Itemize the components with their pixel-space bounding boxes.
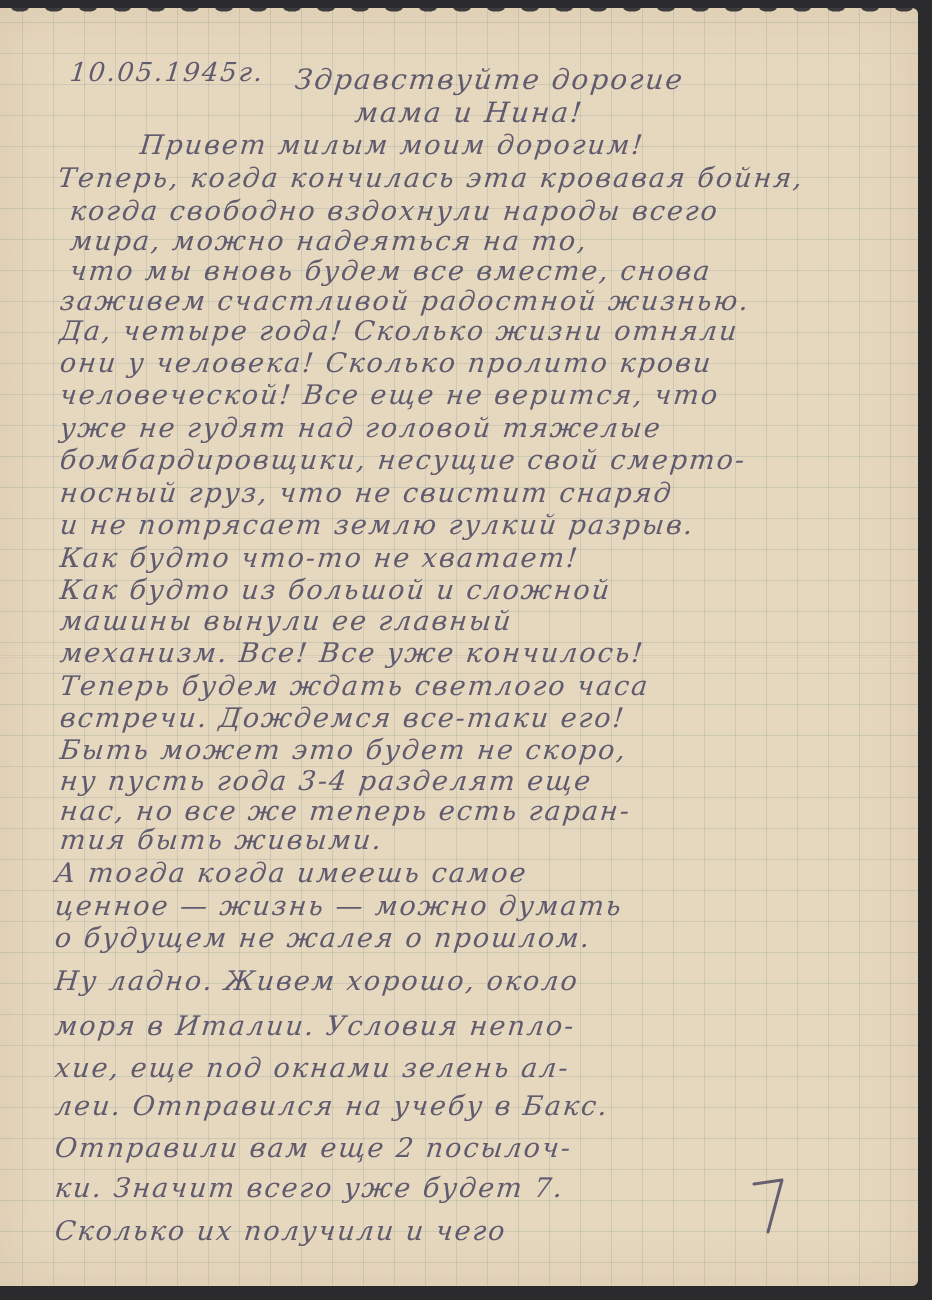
- letter-line: Быть может это будет не скоро,: [58, 735, 628, 766]
- letter-line: Как будто из большой и сложной: [58, 575, 612, 606]
- letter-line: и не потрясает землю гулкий разрыв.: [58, 510, 696, 541]
- letter-line: Да, четыре года! Сколько жизни отняли: [58, 316, 740, 347]
- letter-line: они у человека! Сколько пролито крови: [58, 348, 714, 379]
- letter-line: встречи. Дождемся все-таки его!: [58, 703, 627, 734]
- greeting-line-1: Здравствуйте дорогие: [293, 63, 686, 96]
- letter-line: ценное — жизнь — можно думать: [53, 891, 624, 922]
- letter-line: Теперь, когда кончилась эта кровавая бой…: [56, 163, 805, 194]
- letter-page: 10.05.1945г. Здравствуйте дорогие мама и…: [0, 8, 918, 1286]
- letter-line: нас, но все же теперь есть гаран-: [58, 796, 632, 827]
- letter-line: леи. Отправился на учебу в Бакс.: [53, 1091, 610, 1122]
- letter-line: Отправили вам еще 2 посылоч-: [53, 1133, 573, 1164]
- letter-line: машины вынули ее главный: [58, 606, 514, 637]
- letter-line: бомбардировщики, несущие свой смерто-: [58, 445, 747, 476]
- letter-date: 10.05.1945г.: [68, 58, 265, 88]
- letter-line: Как будто что-то не хватает!: [58, 543, 580, 574]
- letter-line: Теперь будем ждать светлого часа: [58, 671, 651, 702]
- letter-line: что мы вновь будем все вместе, снова: [68, 256, 713, 287]
- letter-line: заживем счастливой радостной жизнью.: [58, 286, 751, 317]
- letter-line: Сколько их получили и чего: [53, 1216, 508, 1247]
- letter-line: мира, можно надеяться на то,: [68, 226, 589, 257]
- letter-line: механизм. Все! Все уже кончилось!: [58, 638, 646, 669]
- letter-line: хие, еще под окнами зелень ал-: [53, 1053, 571, 1084]
- letter-line: когда свободно вздохнули народы всего: [68, 196, 720, 227]
- number-seven-mark-icon: [748, 1176, 788, 1236]
- letter-line: Привет милым моим дорогим!: [138, 130, 645, 161]
- letter-line: человеческой! Все еще не верится, что: [58, 380, 720, 411]
- letter-line: носный груз, что не свистит снаряд: [58, 478, 674, 509]
- letter-line: уже не гудят над головой тяжелые: [58, 413, 663, 444]
- letter-line: Ну ладно. Живем хорошо, около: [53, 966, 580, 997]
- letter-line: А тогда когда имеешь самое: [53, 858, 529, 889]
- letter-line: ки. Значит всего уже будет 7.: [53, 1173, 565, 1204]
- greeting-line-2: мама и Нина!: [353, 96, 585, 129]
- letter-line: моря в Италии. Условия непло-: [53, 1011, 577, 1042]
- letter-line: тия быть живыми.: [58, 825, 384, 856]
- letter-line: о будущем не жалея о прошлом.: [53, 923, 593, 954]
- letter-line: ну пусть года 3-4 разделят еще: [58, 766, 594, 797]
